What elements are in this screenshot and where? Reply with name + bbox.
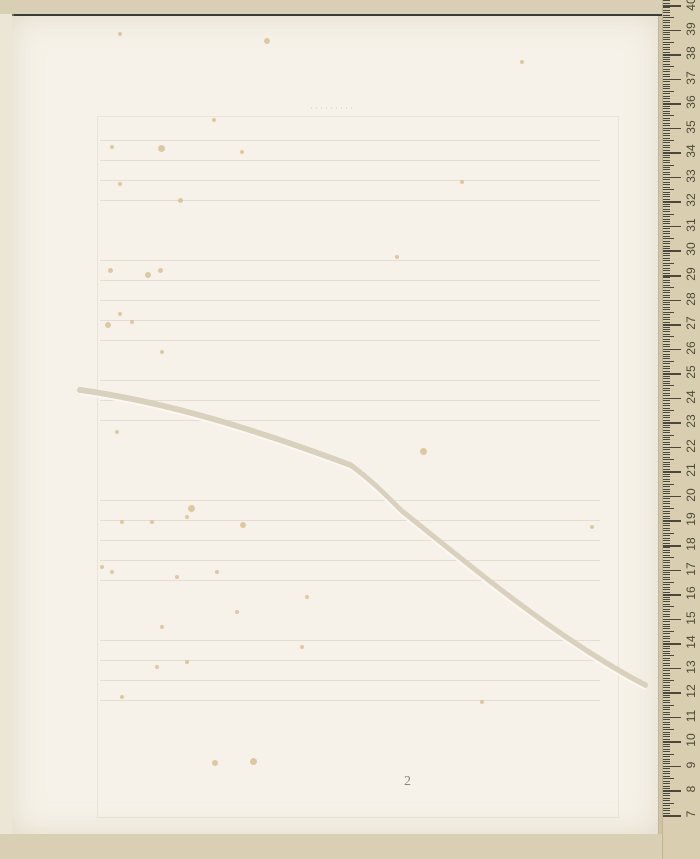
ruler-tick [663, 417, 670, 418]
foxing-spot [130, 320, 134, 324]
ruler-tick [663, 425, 670, 426]
ruler-label: 13 [684, 658, 698, 676]
ruler-tick [663, 798, 670, 799]
ruler-tick [663, 682, 670, 683]
ruler-tick [663, 368, 670, 369]
foxing-spot [590, 525, 594, 529]
ruler-tick [663, 744, 670, 745]
ruler-tick [663, 513, 670, 514]
ruler-tick [663, 403, 670, 404]
ruler-tick [663, 49, 670, 50]
ruler-tick [663, 204, 670, 205]
ruler-tick [663, 69, 670, 70]
ruler-tick [663, 312, 674, 313]
ruler-tick [663, 160, 670, 161]
ruler-tick [663, 277, 670, 278]
ruler-label: 9 [684, 756, 698, 774]
ruler-tick [663, 98, 670, 99]
ruler-tick [663, 707, 670, 708]
ruler-tick [663, 761, 670, 762]
ruler-tick [663, 101, 670, 102]
ruler-tick [663, 628, 670, 629]
ruler-tick [663, 79, 681, 81]
ruler-tick [663, 523, 670, 524]
ruler-tick [663, 20, 670, 21]
ruler-tick [663, 363, 670, 364]
ruler-tick [663, 501, 670, 502]
ruler-tick [663, 545, 681, 547]
ruler-tick [663, 84, 670, 85]
ruler-tick [663, 140, 674, 141]
ruler-tick [663, 238, 674, 239]
ruler-label: 15 [684, 609, 698, 627]
ruler-tick [663, 196, 670, 197]
ruler-tick [663, 550, 670, 551]
ruler-tick [663, 624, 670, 625]
ruler-tick [663, 103, 681, 105]
ruler-tick [663, 206, 670, 207]
ruler-tick [663, 145, 670, 146]
ruler-tick [663, 538, 670, 539]
ruler-tick [663, 324, 681, 326]
ruler-tick [663, 543, 670, 544]
ruler-tick [663, 248, 670, 249]
ruler-tick [663, 366, 670, 367]
ruler-tick [663, 479, 670, 480]
foxing-spot [240, 150, 244, 154]
scan-background: ········· 2 7891011121314151617181920212… [0, 0, 700, 859]
foxing-spot [160, 625, 164, 629]
ruler-tick [663, 408, 670, 409]
ruler-tick [663, 675, 670, 676]
ruler-tick [663, 361, 674, 362]
ruler-tick [663, 746, 670, 747]
ruler-label: 31 [684, 216, 698, 234]
ruler-tick [663, 331, 670, 332]
ruler-tick [663, 388, 670, 389]
ruler-tick [663, 739, 670, 740]
ruler-tick [663, 199, 670, 200]
foxing-spot [420, 448, 427, 455]
ruler-tick [663, 687, 670, 688]
ruler-tick [663, 736, 670, 737]
ruler-label: 24 [684, 388, 698, 406]
ruler-tick [663, 260, 670, 261]
ruler-tick [663, 471, 681, 473]
ruler-tick [663, 516, 670, 517]
ruler-tick [663, 61, 670, 62]
foxing-spot [110, 570, 114, 574]
ghost-staff-line [100, 160, 600, 161]
ruler-tick [663, 533, 674, 534]
ruler-tick [663, 381, 670, 382]
ruler-label: 16 [684, 584, 698, 602]
ruler-tick [663, 570, 681, 572]
ruler-tick [663, 562, 670, 563]
ruler-tick [663, 719, 670, 720]
foxing-spot [212, 760, 218, 766]
ruler-tick [663, 734, 670, 735]
ruler-tick [663, 25, 670, 26]
ruler-tick [663, 410, 674, 411]
ruler-tick [663, 37, 670, 38]
ruler-label: 35 [684, 118, 698, 136]
ruler-tick [663, 66, 674, 67]
ruler-tick [663, 415, 670, 416]
ruler-tick [663, 263, 674, 264]
ruler-tick [663, 665, 670, 666]
ghost-staff-line [100, 140, 600, 141]
ruler-tick [663, 584, 670, 585]
ruler-tick [663, 454, 670, 455]
ruler-tick [663, 280, 670, 281]
ruler-tick [663, 788, 670, 789]
foxing-spot [118, 312, 122, 316]
ruler-tick [663, 427, 670, 428]
ruler-label: 26 [684, 339, 698, 357]
ruler-tick [663, 228, 670, 229]
ruler-tick [663, 250, 681, 252]
ruler-tick [663, 275, 681, 277]
ruler-tick [663, 616, 670, 617]
ruler-tick [663, 641, 670, 642]
ruler-tick [663, 773, 670, 774]
ruler-tick [663, 594, 681, 596]
ruler-tick [663, 123, 670, 124]
foxing-spot [305, 595, 309, 599]
ruler-tick [663, 292, 670, 293]
ruler-tick [663, 800, 670, 801]
foxing-spot [145, 272, 151, 278]
ruler-tick [663, 336, 674, 337]
ruler-tick [663, 528, 670, 529]
ruler-tick [663, 383, 670, 384]
ruler-tick [663, 27, 670, 28]
ruler-label: 21 [684, 461, 698, 479]
ruler-tick [663, 412, 670, 413]
foxing-spot [108, 268, 113, 273]
ruler-tick [663, 327, 670, 328]
ruler-tick [663, 813, 670, 814]
ruler-tick [663, 582, 674, 583]
ruler-tick [663, 572, 670, 573]
ruler-tick [663, 464, 670, 465]
foxing-spot [520, 60, 524, 64]
ruler-tick [663, 120, 670, 121]
ruler-tick [663, 351, 670, 352]
ruler-tick [663, 243, 670, 244]
ruler-tick [663, 670, 670, 671]
ruler-tick [663, 93, 670, 94]
ruler-tick [663, 32, 670, 33]
ruler-tick [663, 22, 670, 23]
ruler-tick [663, 489, 670, 490]
ruler-tick [663, 673, 670, 674]
ruler-tick [663, 81, 670, 82]
ruler-tick [663, 808, 670, 809]
ruler-tick [663, 216, 670, 217]
ruler-tick [663, 729, 674, 730]
ghost-staff-line [100, 260, 600, 261]
ruler-tick [663, 695, 670, 696]
ruler-tick [663, 295, 670, 296]
ruler-tick [663, 358, 670, 359]
ruler-label: 39 [684, 20, 698, 38]
ruler-tick [663, 484, 674, 485]
ruler-tick [663, 115, 674, 116]
ruler-tick [663, 282, 670, 283]
ruler-tick [663, 319, 670, 320]
measurement-ruler: 7891011121314151617181920212223242526272… [662, 0, 700, 859]
ruler-tick [663, 258, 670, 259]
ruler-tick [663, 621, 670, 622]
ruler-tick [663, 194, 670, 195]
ruler-tick [663, 749, 670, 750]
ruler-tick [663, 135, 670, 136]
ruler-tick [663, 385, 674, 386]
foxing-spot [175, 575, 179, 579]
ruler-tick [663, 724, 670, 725]
ruler-tick [663, 432, 670, 433]
ruler-tick [663, 790, 681, 792]
ruler-tick [663, 111, 670, 112]
ruler-tick [663, 15, 670, 16]
top-edge [0, 0, 700, 16]
ruler-tick [663, 30, 681, 32]
ruler-tick [663, 118, 670, 119]
ruler-tick [663, 150, 670, 151]
ruler-tick [663, 400, 670, 401]
ruler-tick [663, 768, 670, 769]
ruler-tick [663, 705, 674, 706]
foxing-spot [120, 695, 124, 699]
ruler-tick [663, 727, 670, 728]
ruler-tick [663, 214, 674, 215]
ruler-tick [663, 474, 670, 475]
ruler-tick [663, 76, 670, 77]
ruler-tick [663, 592, 670, 593]
ruler-tick [663, 91, 674, 92]
foxing-spot [188, 505, 195, 512]
ruler-tick [663, 597, 670, 598]
ruler-tick [663, 209, 670, 210]
ruler-tick [663, 653, 670, 654]
ruler-tick [663, 147, 670, 148]
ruler-tick [663, 373, 681, 375]
ruler-tick [663, 341, 670, 342]
ruler-tick [663, 766, 681, 768]
ruler-tick [663, 165, 674, 166]
ruler-tick [663, 356, 670, 357]
ruler-tick [663, 44, 670, 45]
ruler-tick [663, 395, 670, 396]
ruler-tick [663, 64, 670, 65]
ruler-tick [663, 376, 670, 377]
ruler-tick [663, 42, 674, 43]
ruler-tick [663, 567, 670, 568]
ruler-tick [663, 722, 670, 723]
ruler-tick [663, 714, 670, 715]
ruler-label: 38 [684, 44, 698, 62]
ghost-staff-line [100, 180, 600, 181]
ruler-tick [663, 430, 670, 431]
ruler-tick [663, 741, 681, 743]
ruler-tick [663, 680, 674, 681]
ruler-tick [663, 648, 670, 649]
ruler-tick [663, 609, 670, 610]
ruler-tick [663, 322, 670, 323]
foxing-spot [120, 520, 124, 524]
ruler-tick [663, 508, 674, 509]
foxing-spot [105, 322, 111, 328]
ruler-tick [663, 125, 670, 126]
ruler-tick [663, 268, 670, 269]
ruler-label: 8 [684, 780, 698, 798]
ruler-tick [663, 614, 670, 615]
ruler-tick [663, 270, 670, 271]
ruler-tick [663, 174, 670, 175]
ruler-label: 28 [684, 290, 698, 308]
ruler-tick [663, 157, 670, 158]
ruler-tick [663, 162, 670, 163]
foxing-spot [395, 255, 399, 259]
ruler-tick [663, 219, 670, 220]
ruler-tick [663, 309, 670, 310]
ruler-label: 20 [684, 486, 698, 504]
ruler-label: 32 [684, 191, 698, 209]
ruler-tick [663, 658, 670, 659]
ruler-tick [663, 393, 670, 394]
ruler-tick [663, 420, 670, 421]
bottom-edge [0, 834, 700, 859]
ruler-tick [663, 709, 670, 710]
ghost-staff-line [100, 300, 600, 301]
ruler-tick [663, 3, 670, 4]
ruler-tick [663, 17, 674, 18]
ruler-tick [663, 349, 681, 351]
ruler-tick [663, 187, 670, 188]
ruler-tick [663, 184, 670, 185]
ruler-tick [663, 179, 670, 180]
ruler-tick [663, 106, 670, 107]
ruler-tick [663, 300, 681, 302]
ruler-tick [663, 476, 670, 477]
ruler-tick [663, 525, 670, 526]
ruler-tick [663, 449, 670, 450]
ruler-tick [663, 810, 670, 811]
ruler-tick [663, 96, 670, 97]
foxing-spot [160, 350, 164, 354]
ruler-tick [663, 169, 670, 170]
ruler-tick [663, 86, 670, 87]
ruler-tick [663, 108, 670, 109]
foxing-spot [235, 610, 239, 614]
paper-crease [70, 380, 650, 700]
ruler-tick [663, 172, 670, 173]
ruler-tick [663, 378, 670, 379]
ghost-staff-line [100, 700, 600, 701]
ruler-tick [663, 59, 670, 60]
ruler-tick [663, 557, 674, 558]
ruler-tick [663, 354, 670, 355]
ruler-tick [663, 732, 670, 733]
ruler-tick [663, 685, 670, 686]
foxing-spot [115, 430, 119, 434]
ruler-label: 36 [684, 93, 698, 111]
ruler-label: 22 [684, 437, 698, 455]
ruler-tick [663, 565, 670, 566]
ruler-tick [663, 287, 674, 288]
ruler-tick [663, 189, 674, 190]
ruler-tick [663, 128, 681, 130]
ruler-label: 37 [684, 69, 698, 87]
ruler-tick [663, 435, 674, 436]
ruler-tick [663, 34, 670, 35]
ruler-label: 30 [684, 240, 698, 258]
ruler-tick [663, 466, 670, 467]
ruler-tick [663, 589, 670, 590]
ruler-tick [663, 535, 670, 536]
ruler-tick [663, 604, 670, 605]
ruler-tick [663, 339, 670, 340]
ruler-tick [663, 444, 670, 445]
ruler-tick [663, 606, 674, 607]
foxing-spot [110, 145, 114, 149]
ruler-tick [663, 786, 670, 787]
foxing-spot [158, 145, 165, 152]
ruler-tick [663, 192, 670, 193]
foxing-spot [460, 180, 464, 184]
ruler-tick [663, 626, 670, 627]
ruler-tick [663, 452, 670, 453]
ruler-tick [663, 167, 670, 168]
ruler-tick [663, 5, 681, 7]
ruler-tick [663, 491, 670, 492]
ruler-tick [663, 459, 674, 460]
ghost-staff-line [100, 200, 600, 201]
ruler-tick [663, 130, 670, 131]
ruler-tick [663, 577, 670, 578]
ruler-tick [663, 633, 670, 634]
ruler-tick [663, 74, 670, 75]
ruler-tick [663, 655, 674, 656]
ruler-tick [663, 636, 670, 637]
ruler-tick [663, 776, 670, 777]
ruler-tick [663, 651, 670, 652]
ruler-tick [663, 211, 670, 212]
ruler-tick [663, 759, 670, 760]
ruler-tick [663, 390, 670, 391]
ruler-tick [663, 442, 670, 443]
ruler-tick [663, 756, 670, 757]
ruler-tick [663, 12, 670, 13]
ruler-tick [663, 304, 670, 305]
ruler-tick [663, 506, 670, 507]
ruler-label: 33 [684, 167, 698, 185]
ruler-tick [663, 133, 670, 134]
ruler-tick [663, 317, 670, 318]
ruler-label: 23 [684, 412, 698, 430]
ruler-tick [663, 697, 670, 698]
ruler-tick [663, 226, 681, 228]
ghost-staff-line [100, 320, 600, 321]
ruler-tick [663, 778, 674, 779]
ruler-tick [663, 530, 670, 531]
foxing-spot [300, 645, 304, 649]
ruler-label: 17 [684, 560, 698, 578]
ruler-tick [663, 783, 670, 784]
ruler-label: 18 [684, 535, 698, 553]
